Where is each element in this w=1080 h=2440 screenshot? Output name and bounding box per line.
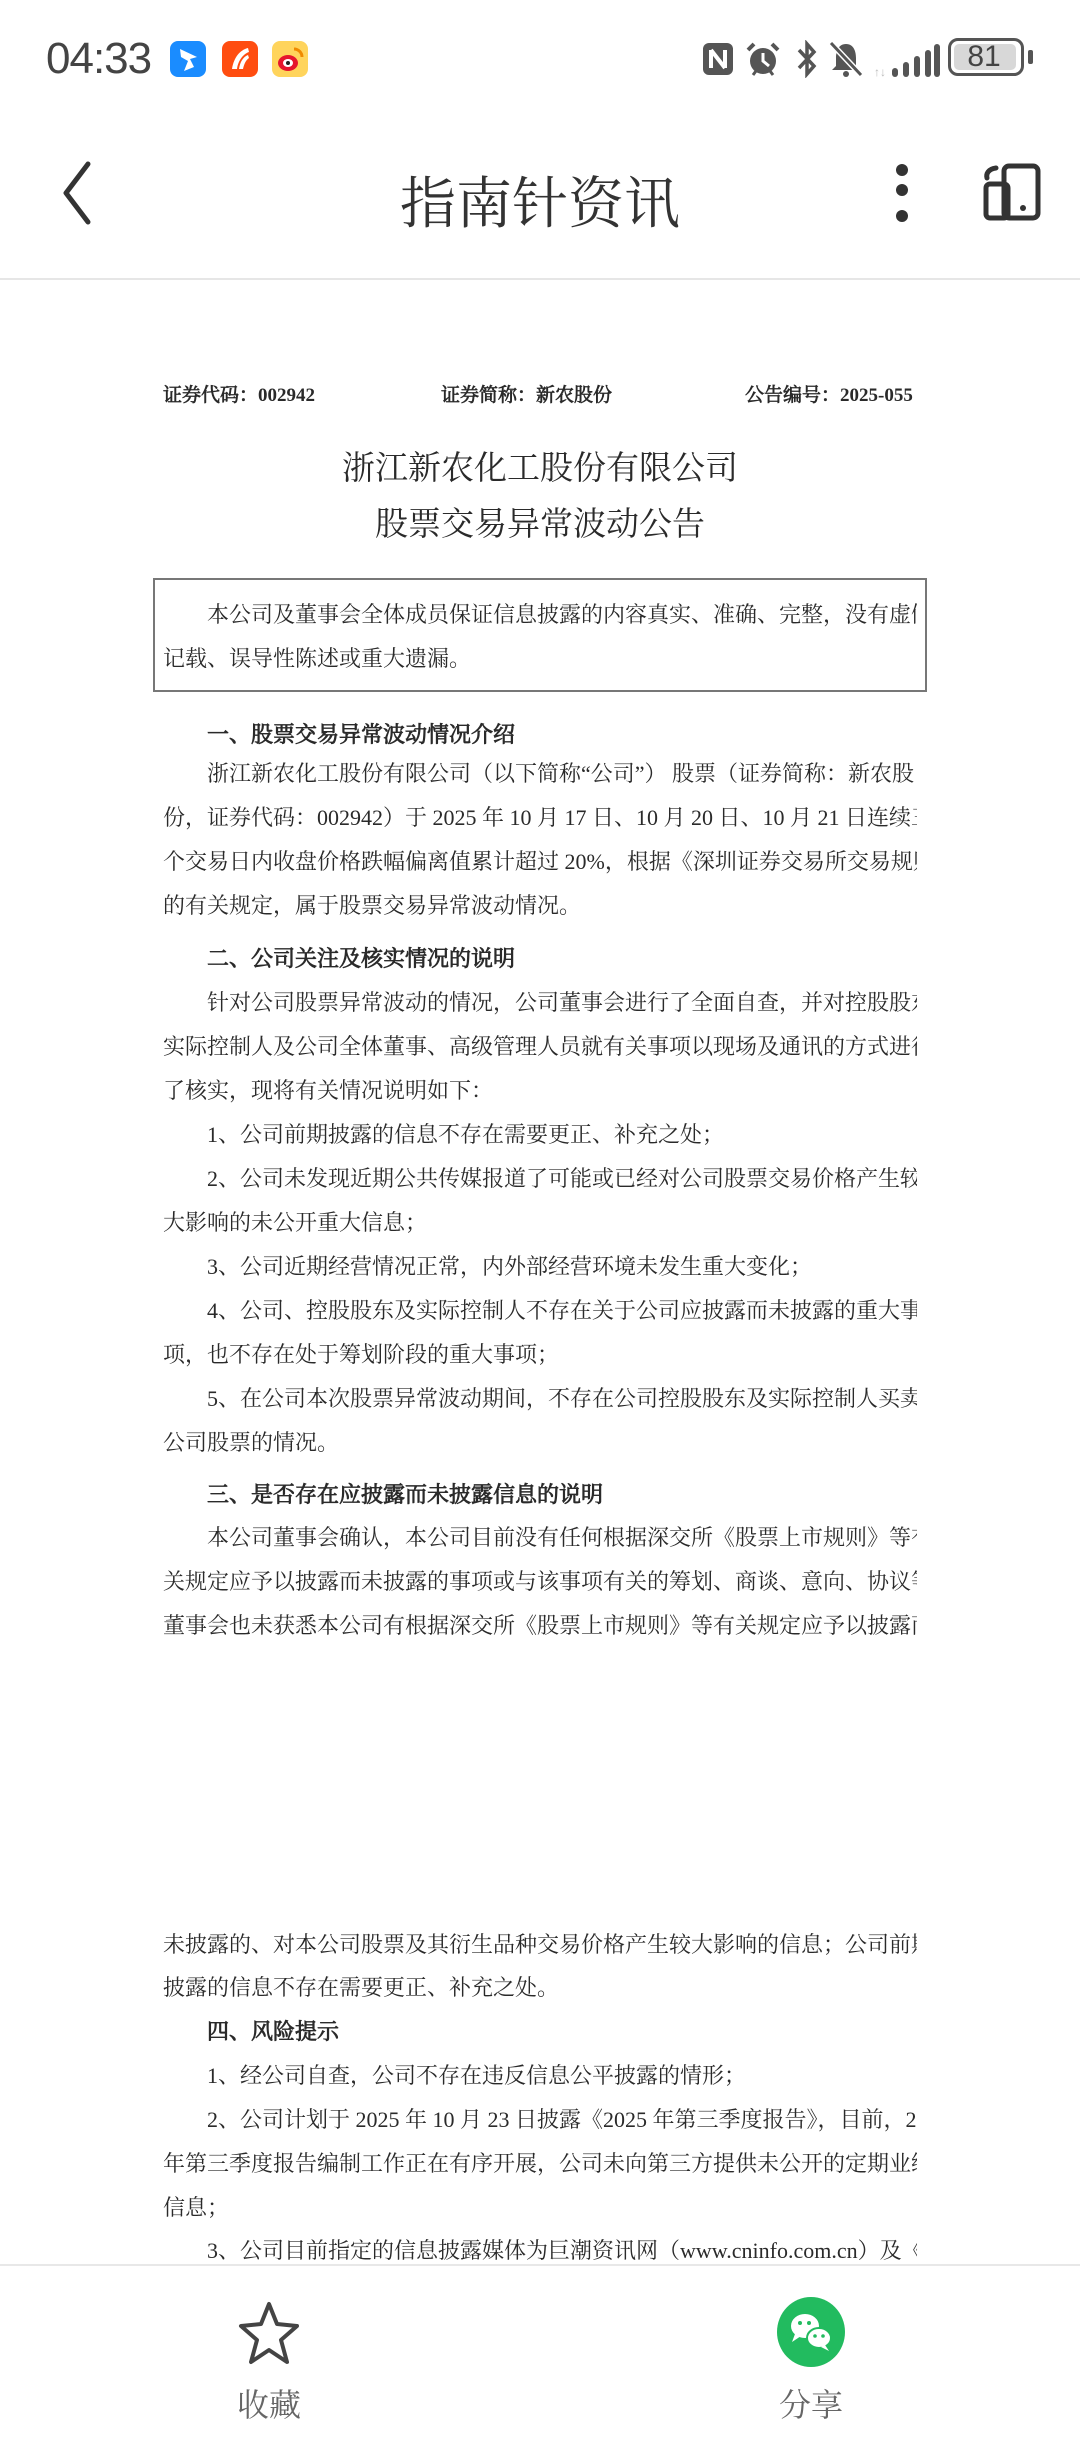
disclaimer-line: 记载、误导性陈述或重大遗漏。 bbox=[163, 642, 917, 673]
disclaimer-box bbox=[153, 578, 927, 692]
body-text-line: 1、经公司自查，公司不存在违反信息公平披露的情形； bbox=[207, 2059, 917, 2090]
signal-icon: ↑↓ bbox=[874, 44, 940, 83]
body-text-line: 公司股票的情况。 bbox=[163, 1426, 917, 1457]
announcement-number: 公告编号：2025-055 bbox=[745, 380, 913, 407]
body-text-line: 本公司董事会确认，本公司目前没有任何根据深交所《股票上市规则》等有 bbox=[207, 1521, 917, 1552]
star-icon bbox=[235, 2300, 303, 2366]
weibo-icon bbox=[272, 41, 308, 77]
battery-percent: 81 bbox=[951, 41, 1017, 73]
disclaimer-line: 本公司及董事会全体成员保证信息披露的内容真实、准确、完整，没有虚假 bbox=[207, 598, 917, 629]
body-text-line: 董事会也未获悉本公司有根据深交所《股票上市规则》等有关规定应予以披露而 bbox=[163, 1609, 917, 1640]
nfc-icon bbox=[702, 42, 734, 81]
share-button[interactable]: 分享 bbox=[731, 2296, 891, 2430]
alarm-icon bbox=[744, 40, 782, 83]
body-text-line: 份，证券代码：002942）于 2025 年 10 月 17 日、10 月 20… bbox=[163, 801, 917, 832]
body-text-line: 了核实，现将有关情况说明如下： bbox=[163, 1074, 917, 1105]
body-text-line: 项，也不存在处于筹划阶段的重大事项； bbox=[163, 1338, 917, 1369]
favorite-label: 收藏 bbox=[189, 2380, 349, 2426]
body-text-line: 披露的信息不存在需要更正、补充之处。 bbox=[163, 1971, 917, 2002]
mute-bell-icon bbox=[828, 40, 864, 83]
body-text-line: 信息； bbox=[163, 2191, 917, 2222]
more-vertical-icon bbox=[884, 160, 920, 230]
orange-app-icon bbox=[222, 41, 258, 77]
body-text-line: 4、公司、控股股东及实际控制人不存在关于公司应披露而未披露的重大事 bbox=[207, 1294, 917, 1325]
body-text-line: 的有关规定，属于股票交易异常波动情况。 bbox=[163, 889, 917, 920]
body-text-line: 针对公司股票异常波动的情况，公司董事会进行了全面自查，并对控股股东、 bbox=[207, 986, 917, 1017]
more-button[interactable] bbox=[884, 160, 920, 230]
status-bar: 04:33 ↑↓ 81 bbox=[0, 0, 1080, 120]
bottom-action-bar: 收藏 分享 bbox=[0, 2264, 1080, 2440]
body-text-line: 2、公司计划于 2025 年 10 月 23 日披露《2025 年第三季度报告》… bbox=[207, 2103, 917, 2134]
document-title-company: 浙江新农化工股份有限公司 bbox=[0, 442, 1080, 489]
share-label: 分享 bbox=[731, 2380, 891, 2426]
device-switch-icon bbox=[982, 162, 1042, 222]
security-short-name: 证券简称：新农股份 bbox=[441, 380, 612, 407]
body-text-line: 浙江新农化工股份有限公司（以下简称“公司”） 股票（证券简称：新农股 bbox=[207, 757, 917, 788]
body-text-line: 关规定应予以披露而未披露的事项或与该事项有关的筹划、商谈、意向、协议等； bbox=[163, 1565, 917, 1596]
body-text-line: 大影响的未公开重大信息； bbox=[163, 1206, 917, 1237]
body-text-line: 年第三季度报告编制工作正在有序开展，公司未向第三方提供未公开的定期业绩 bbox=[163, 2147, 917, 2178]
dingtalk-app-icon bbox=[170, 41, 206, 77]
section-heading: 二、公司关注及核实情况的说明 bbox=[207, 942, 917, 973]
favorite-button[interactable]: 收藏 bbox=[189, 2300, 349, 2430]
section-heading: 四、风险提示 bbox=[207, 2015, 917, 2046]
body-text-line: 3、公司目前指定的信息披露媒体为巨潮资讯网（www.cninfo.com.cn）… bbox=[207, 2234, 917, 2265]
battery-nub bbox=[1028, 50, 1033, 64]
security-code: 证券代码：002942 bbox=[163, 380, 315, 407]
document-title-subject: 股票交易异常波动公告 bbox=[0, 498, 1080, 545]
svg-text:↑↓: ↑↓ bbox=[874, 65, 886, 78]
bluetooth-icon bbox=[796, 40, 818, 83]
device-switch-button[interactable] bbox=[982, 162, 1042, 222]
section-heading: 一、股票交易异常波动情况介绍 bbox=[207, 718, 917, 749]
section-heading: 三、是否存在应披露而未披露信息的说明 bbox=[207, 1478, 917, 1509]
battery-indicator: 81 bbox=[948, 38, 1024, 76]
wechat-share-icon bbox=[777, 2296, 845, 2368]
body-text-line: 实际控制人及公司全体董事、高级管理人员就有关事项以现场及通讯的方式进行 bbox=[163, 1030, 917, 1061]
body-text-line: 个交易日内收盘价格跌幅偏离值累计超过 20%，根据《深圳证券交易所交易规则》 bbox=[163, 845, 917, 876]
app-header: 指南针资讯 bbox=[0, 120, 1080, 280]
body-text-line: 3、公司近期经营情况正常，内外部经营环境未发生重大变化； bbox=[207, 1250, 917, 1281]
body-text-line: 未披露的、对本公司股票及其衍生品种交易价格产生较大影响的信息；公司前期 bbox=[163, 1928, 917, 1959]
clock: 04:33 bbox=[46, 34, 151, 84]
body-text-line: 1、公司前期披露的信息不存在需要更正、补充之处； bbox=[207, 1118, 917, 1149]
body-text-line: 5、在公司本次股票异常波动期间，不存在公司控股股东及实际控制人买卖 bbox=[207, 1382, 917, 1413]
body-text-line: 2、公司未发现近期公共传媒报道了可能或已经对公司股票交易价格产生较 bbox=[207, 1162, 917, 1193]
